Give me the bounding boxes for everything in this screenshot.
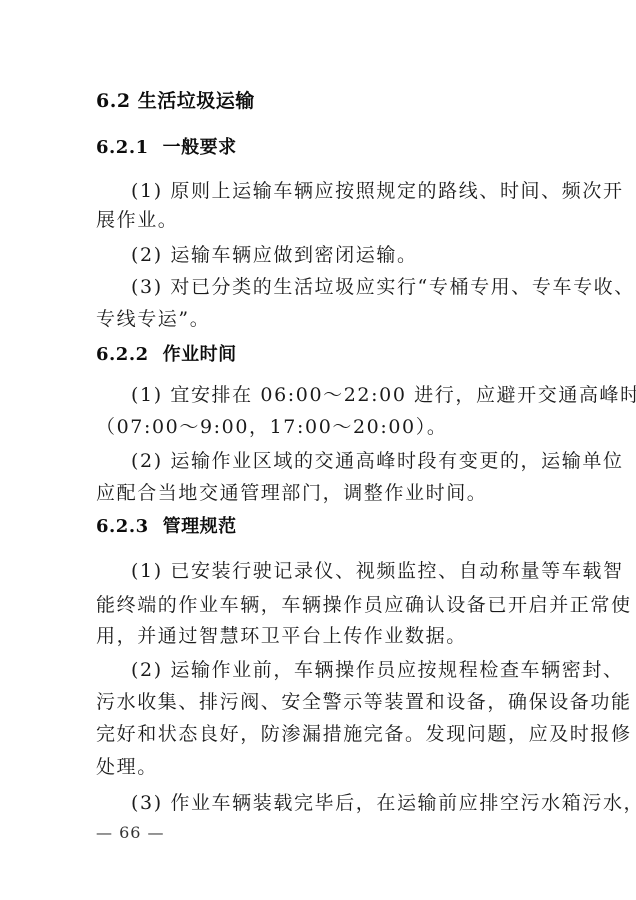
paragraph-line: （07:00～9:00，17:00～20:00）。	[96, 412, 447, 439]
subsection-number: 6.2.1	[96, 137, 149, 158]
paragraph-line: (3) 对已分类的生活垃圾应实行“专桶专用、专车专收、	[131, 272, 635, 299]
subsection-title: 一般要求	[163, 137, 237, 158]
section-title: 生活垃圾运输	[138, 90, 255, 112]
page-number: — 66 —	[96, 823, 165, 842]
paragraph-line: 应配合当地交通管理部门，调整作业时间。	[96, 478, 487, 505]
paragraph-line: (2) 运输作业区域的交通高峰时段有变更的，运输单位	[131, 446, 624, 473]
subsection-number: 6.2.3	[96, 516, 149, 537]
subsection-heading-6-2-2: 6.2.2作业时间	[96, 340, 237, 366]
paragraph-line: (3) 作业车辆装载完毕后，在运输前应排空污水箱污水，	[131, 788, 636, 815]
paragraph-line: (1) 原则上运输车辆应按照规定的路线、时间、频次开	[131, 176, 624, 203]
paragraph-line: 处理。	[96, 752, 158, 779]
section-number: 6.2	[96, 90, 131, 112]
section-heading: 6.2 生活垃圾运输	[96, 86, 255, 113]
paragraph-line: 完好和状态良好，防渗漏措施完备。发现问题，应及时报修	[96, 719, 632, 746]
subsection-number: 6.2.2	[96, 344, 149, 365]
paragraph-line: 用，并通过智慧环卫平台上传作业数据。	[96, 621, 467, 648]
subsection-title: 作业时间	[163, 344, 237, 365]
paragraph-line: 专线专运”。	[96, 304, 210, 331]
paragraph-line: (2) 运输车辆应做到密闭运输。	[131, 240, 418, 267]
document-page: 6.2 生活垃圾运输 6.2.1一般要求 (1) 原则上运输车辆应按照规定的路线…	[0, 0, 636, 900]
paragraph-line: (2) 运输作业前，车辆操作员应按规程检查车辆密封、	[131, 655, 624, 682]
subsection-heading-6-2-1: 6.2.1一般要求	[96, 133, 237, 159]
paragraph-line: (1) 宜安排在 06:00～22:00 进行，应避开交通高峰时段	[131, 380, 636, 407]
subsection-heading-6-2-3: 6.2.3管理规范	[96, 512, 237, 538]
paragraph-line: (1) 已安装行驶记录仪、视频监控、自动称量等车载智	[131, 556, 624, 583]
paragraph-line: 污水收集、排污阀、安全警示等装置和设备，确保设备功能	[96, 687, 632, 714]
paragraph-line: 展作业。	[96, 205, 178, 232]
subsection-title: 管理规范	[163, 516, 237, 537]
paragraph-line: 能终端的作业车辆，车辆操作员应确认设备已开启并正常使	[96, 590, 632, 617]
